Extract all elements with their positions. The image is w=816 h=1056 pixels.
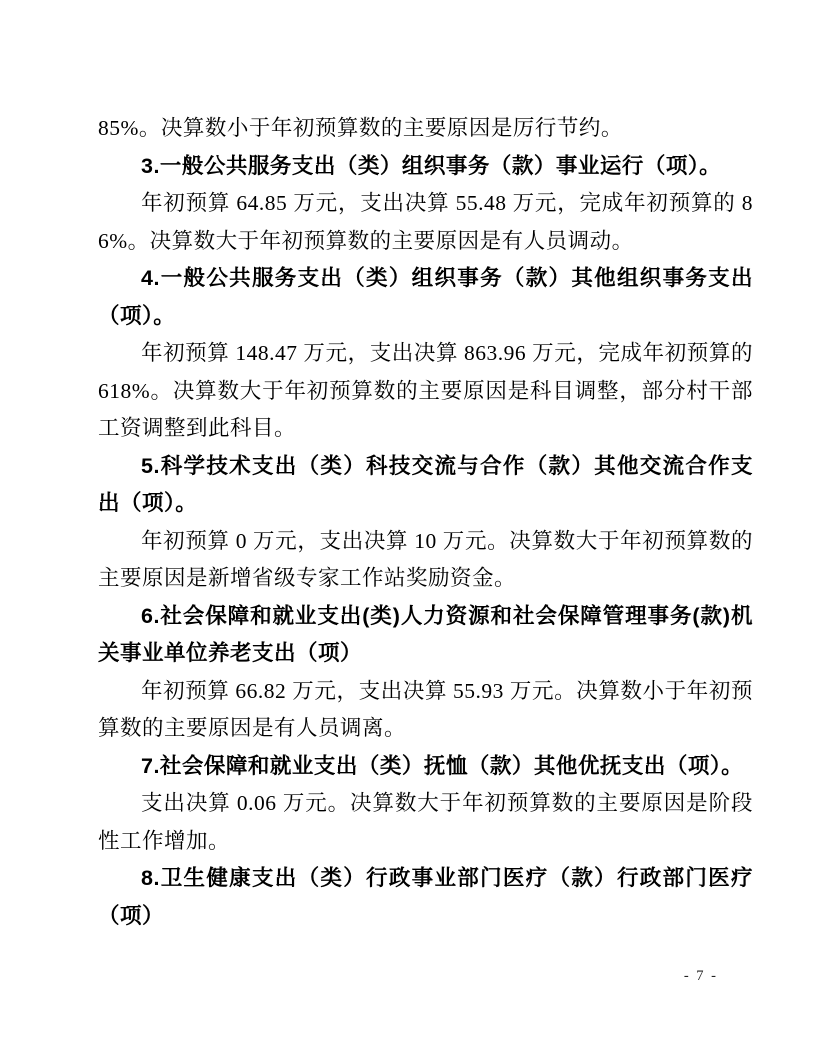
body-paragraph: 年初预算 66.82 万元，支出决算 55.93 万元。决算数小于年初预算数的主…	[98, 673, 753, 748]
heading-paragraph: 6.社会保障和就业支出(类)人力资源和社会保障管理事务(款)机关事业单位养老支出…	[98, 598, 753, 673]
heading-paragraph: 5.科学技术支出（类）科技交流与合作（款）其他交流合作支出（项）。	[98, 448, 753, 523]
heading-paragraph: 4.一般公共服务支出（类）组织事务（款）其他组织事务支出（项）。	[98, 260, 753, 335]
body-paragraph: 支出决算 0.06 万元。决算数大于年初预算数的主要原因是阶段性工作增加。	[98, 785, 753, 860]
body-paragraph: 年初预算 148.47 万元，支出决算 863.96 万元，完成年初预算的 61…	[98, 335, 753, 448]
body-paragraph: 年初预算 0 万元，支出决算 10 万元。决算数大于年初预算数的主要原因是新增省…	[98, 523, 753, 598]
document-body: 85%。决算数小于年初预算数的主要原因是厉行节约。3.一般公共服务支出（类）组织…	[98, 110, 753, 935]
heading-paragraph: 7.社会保障和就业支出（类）抚恤（款）其他优抚支出（项）。	[98, 748, 753, 786]
body-paragraph: 85%。决算数小于年初预算数的主要原因是厉行节约。	[98, 110, 753, 148]
heading-paragraph: 3.一般公共服务支出（类）组织事务（款）事业运行（项）。	[98, 148, 753, 186]
body-paragraph: 年初预算 64.85 万元，支出决算 55.48 万元，完成年初预算的 86%。…	[98, 185, 753, 260]
page-number: - 7 -	[684, 966, 718, 986]
heading-paragraph: 8.卫生健康支出（类）行政事业部门医疗（款）行政部门医疗（项）	[98, 860, 753, 935]
document-page: 85%。决算数小于年初预算数的主要原因是厉行节约。3.一般公共服务支出（类）组织…	[0, 0, 816, 1056]
